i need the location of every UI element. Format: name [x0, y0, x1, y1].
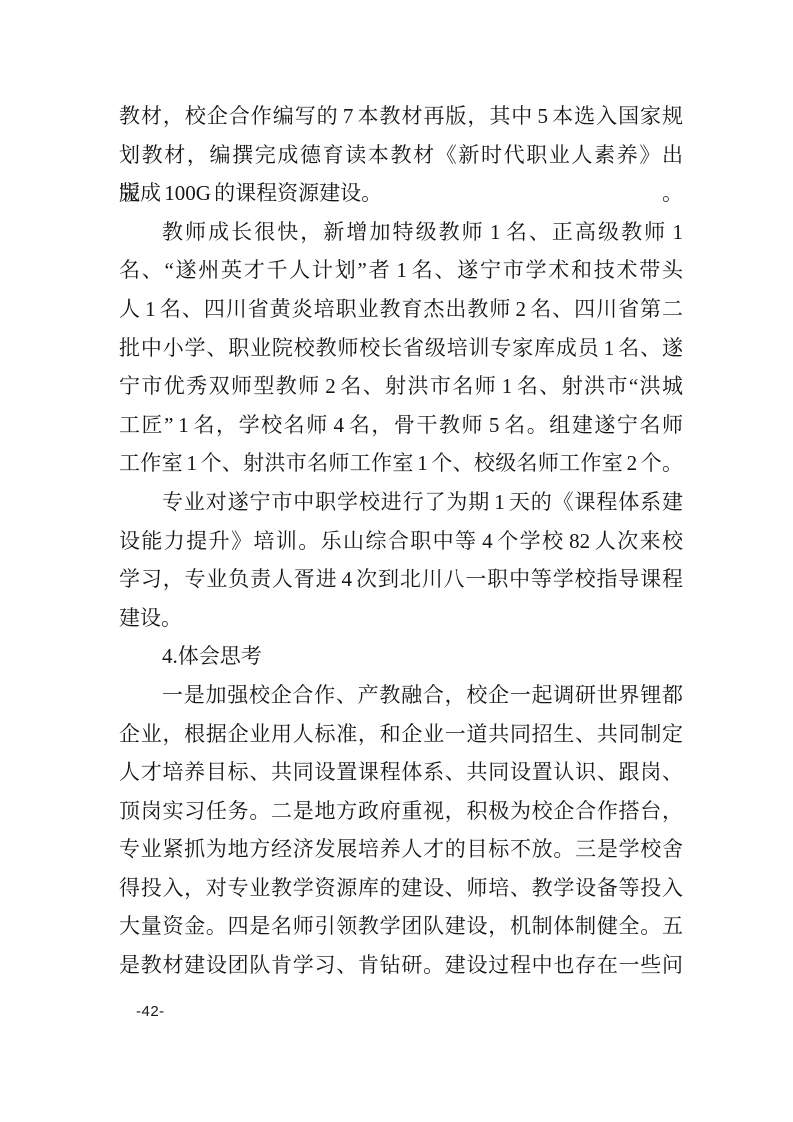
text-line: 专业对遂宁市中职学校进行了为期 1 天的《课程体系建: [119, 483, 683, 522]
text-line: 企业，根据企业用人标准，和企业一道共同招生、共同制定: [119, 715, 683, 754]
text-line: 人才培养目标、共同设置课程体系、共同设置认识、跟岗、: [119, 753, 683, 792]
text-paragraph: 专业对遂宁市中职学校进行了为期 1 天的《课程体系建设能力提升》培训。乐山综合职…: [119, 483, 683, 637]
text-paragraph: 一是加强校企合作、产教融合，校企一起调研世界锂都企业，根据企业用人标准，和企业一…: [119, 676, 683, 985]
text-line: 设能力提升》培训。乐山综合职中等 4 个学校 82 人次来校: [119, 522, 683, 561]
text-line: 得投入，对专业教学资源库的建设、师培、教学设备等投入: [119, 869, 683, 908]
page-number: -42-: [136, 1003, 165, 1020]
text-line: 建设。: [119, 599, 683, 638]
text-paragraph: 教材，校企合作编写的 7 本教材再版，其中 5 本选入国家规划教材，编撰完成德育…: [119, 97, 683, 213]
text-line: 宁市优秀双师型教师 2 名、射洪市名师 1 名、射洪市“洪城: [119, 367, 683, 406]
text-line: 工匠” 1 名，学校名师 4 名，骨干教师 5 名。组建遂宁名师: [119, 406, 683, 445]
text-paragraph: 教师成长很快，新增加特级教师 1 名、正高级教师 1名、“遂州英才千人计划”者 …: [119, 213, 683, 483]
text-line: 大量资金。四是名师引领教学团队建设，机制体制健全。五: [119, 907, 683, 946]
text-line: 名、“遂州英才千人计划”者 1 名、遂宁市学术和技术带头: [119, 251, 683, 290]
document-page: 教材，校企合作编写的 7 本教材再版，其中 5 本选入国家规划教材，编撰完成德育…: [0, 0, 793, 1122]
text-line: 是教材建设团队肯学习、肯钻研。建设过程中也存在一些问: [119, 946, 683, 985]
text-line: 人 1 名、四川省黄炎培职业教育杰出教师 2 名、四川省第二: [119, 290, 683, 329]
text-line: 教材，校企合作编写的 7 本教材再版，其中 5 本选入国家规: [119, 97, 683, 136]
text-line: 教师成长很快，新增加特级教师 1 名、正高级教师 1: [119, 213, 683, 252]
text-line: 学习，专业负责人胥进 4 次到北川八一职中等学校指导课程: [119, 560, 683, 599]
text-line: 工作室 1 个、射洪市名师工作室 1 个、校级名师工作室 2 个。: [119, 444, 683, 483]
text-line: 顶岗实习任务。二是地方政府重视，积极为校企合作搭台，: [119, 792, 683, 831]
text-line: 划教材，编撰完成德育读本教材《新时代职业人素养》出版。: [119, 136, 683, 175]
text-paragraph: 4.体会思考: [119, 637, 683, 676]
text-line: 专业紧抓为地方经济发展培养人才的目标不放。三是学校舍: [119, 830, 683, 869]
text-line: 4.体会思考: [119, 637, 683, 676]
document-body: 教材，校企合作编写的 7 本教材再版，其中 5 本选入国家规划教材，编撰完成德育…: [119, 97, 683, 985]
text-line: 批中小学、职业院校教师校长省级培训专家库成员 1 名、遂: [119, 329, 683, 368]
text-line: 一是加强校企合作、产教融合，校企一起调研世界锂都: [119, 676, 683, 715]
